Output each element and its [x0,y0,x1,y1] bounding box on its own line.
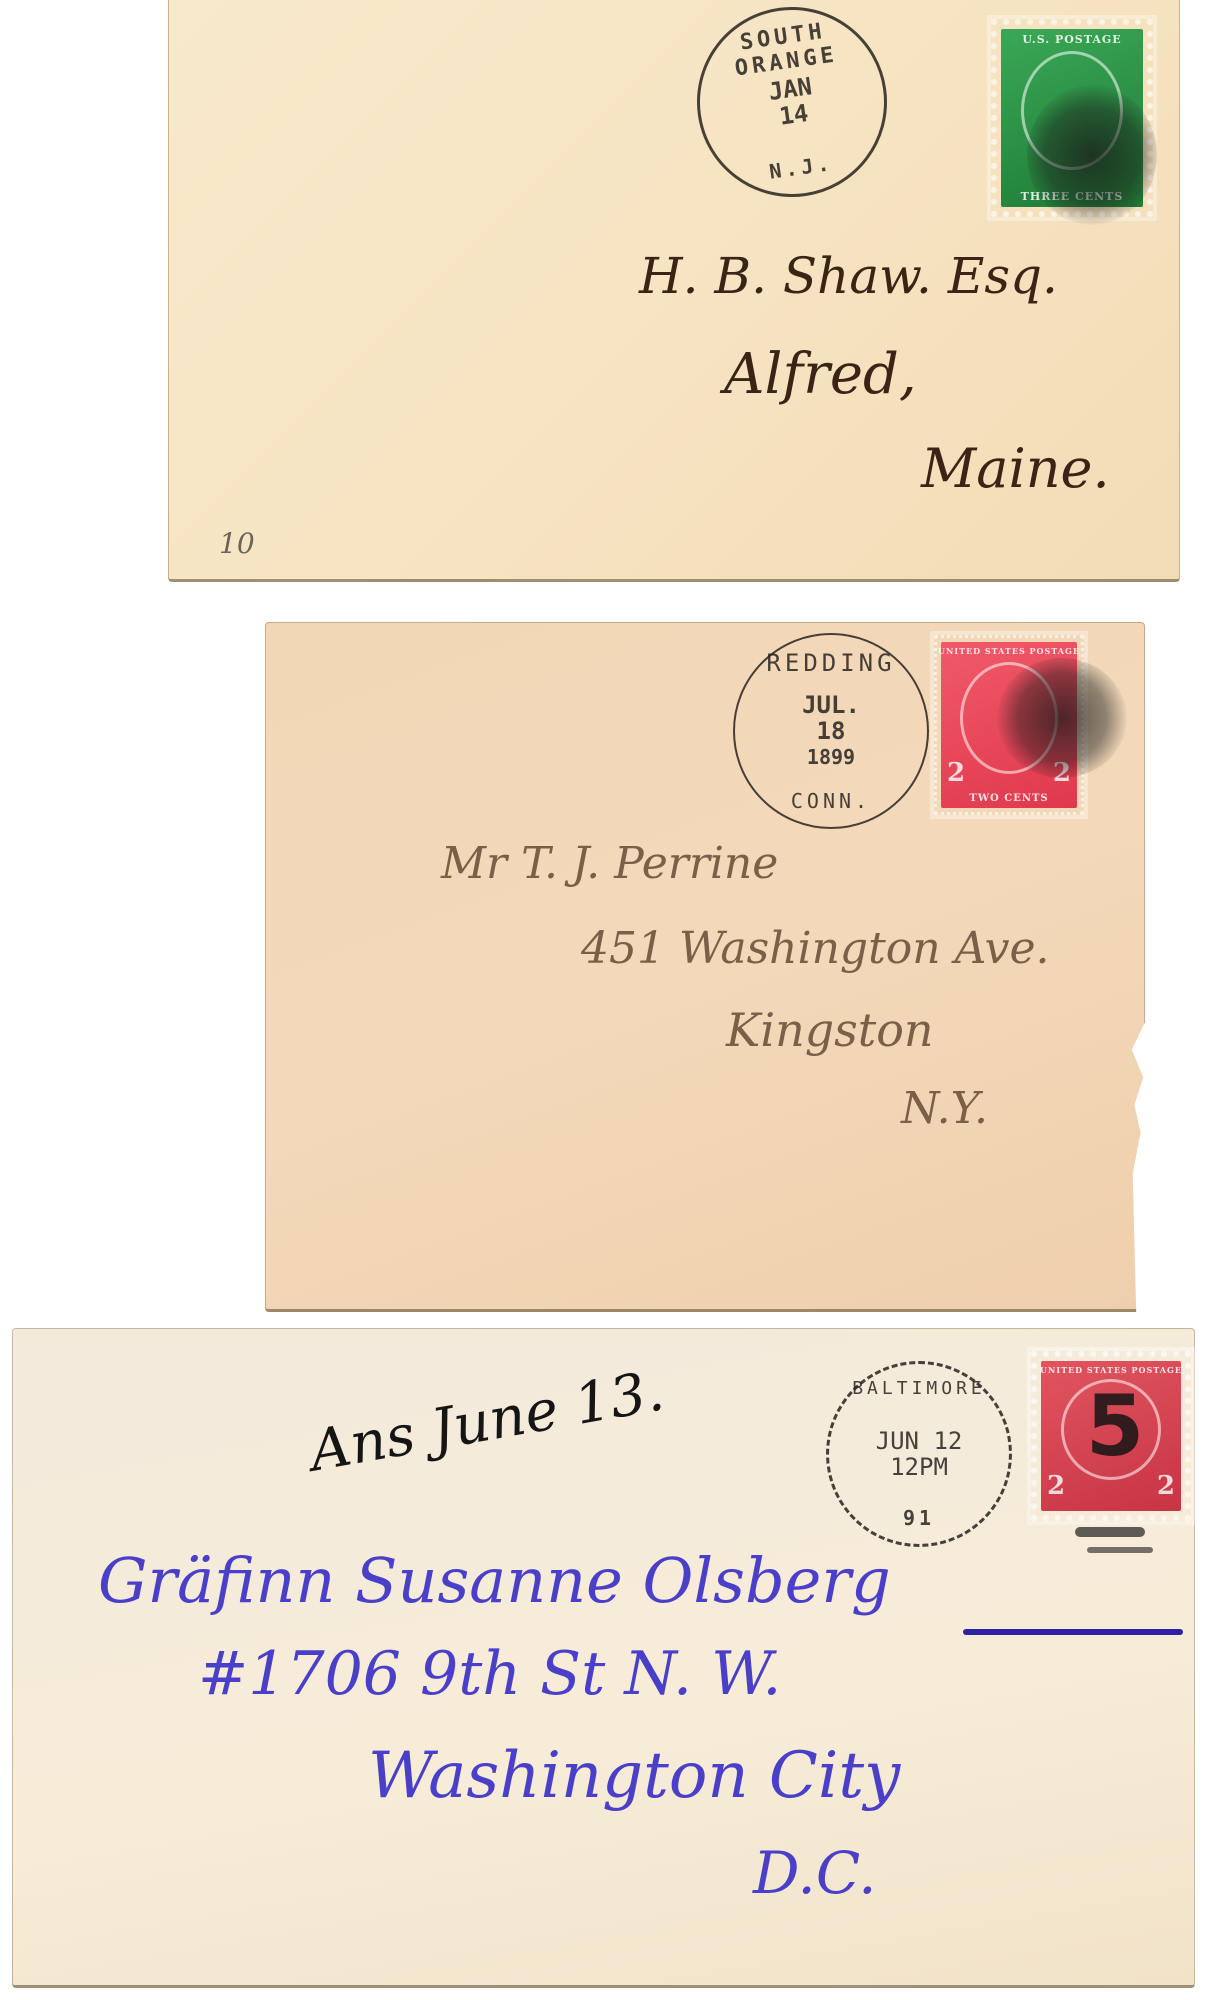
stamp-numeral-left: 2 [947,758,965,788]
address-line-4: D.C. [753,1839,877,1907]
duplex-cancel-number: 5 [1075,1377,1155,1477]
address-line-1: Mr T. J. Perrine [441,838,778,889]
envelope-baltimore: BALTIMORE JUN 12 12PM 91 UNITED STATES P… [12,1328,1195,1988]
address-line-3: Washington City [368,1739,900,1813]
address-line-2: #1706 9th St N. W. [198,1639,781,1709]
stamp-numeral-right: 2 [1157,1471,1175,1501]
postmark-state: CONN. [735,789,927,813]
postmark-town: REDDING [735,649,927,677]
address-line-1: Gräfinn Susanne Olsberg [98,1544,891,1617]
stamp-numeral-left: 2 [1047,1471,1065,1501]
address-line-3: Maine. [921,437,1110,500]
stamp-top-text: UNITED STATES POSTAGE [1037,1365,1185,1375]
stamp-three-cents: U.S. POSTAGE THREE CENTS [991,19,1153,217]
postmark-month: JUL. [735,692,927,718]
address-line-2: Alfred, [724,342,917,407]
cancel-mark [997,658,1127,778]
pencil-note: 10 [219,527,255,560]
stamp-two-cents-baltimore: UNITED STATES POSTAGE 2 2 5 [1031,1351,1191,1521]
postmark-south-orange: SOUTH ORANGE JAN 14 N.J. [685,0,900,209]
envelope-south-orange: SOUTH ORANGE JAN 14 N.J. U.S. POSTAGE TH… [168,0,1180,582]
stamp-top-text: UNITED STATES POSTAGE [937,646,1081,656]
postmark-time: 12PM [829,1454,1009,1480]
cancel-bars [1075,1527,1145,1537]
postmark-date: JUN 12 [829,1428,1009,1454]
answered-note: Ans June 13. [305,1358,668,1484]
stamp-top-text: U.S. POSTAGE [997,33,1147,46]
postmark-year: 1899 [735,744,927,770]
address-line-4: N.Y. [901,1083,988,1134]
address-line-1: H. B. Shaw. Esq. [639,247,1058,305]
address-line-2: 451 Washington Ave. [581,923,1049,974]
cancel-mark [1027,85,1157,225]
postmark-state: N.J. [708,143,894,192]
postmark-year: 91 [829,1506,1009,1530]
address-line-3: Kingston [726,1003,934,1057]
postmark-redding: REDDING JUL. 18 1899 CONN. [733,633,929,829]
envelope-redding: REDDING JUL. 18 1899 CONN. UNITED STATES… [265,622,1145,1312]
underline-flourish [963,1629,1183,1635]
postmark-town: BALTIMORE [829,1378,1009,1399]
stamp-value-text: TWO CENTS [937,793,1081,804]
postmark-baltimore: BALTIMORE JUN 12 12PM 91 [826,1361,1012,1547]
stamp-two-cents: UNITED STATES POSTAGE 2 2 TWO CENTS [934,635,1084,815]
postmark-day: 18 [735,718,927,744]
